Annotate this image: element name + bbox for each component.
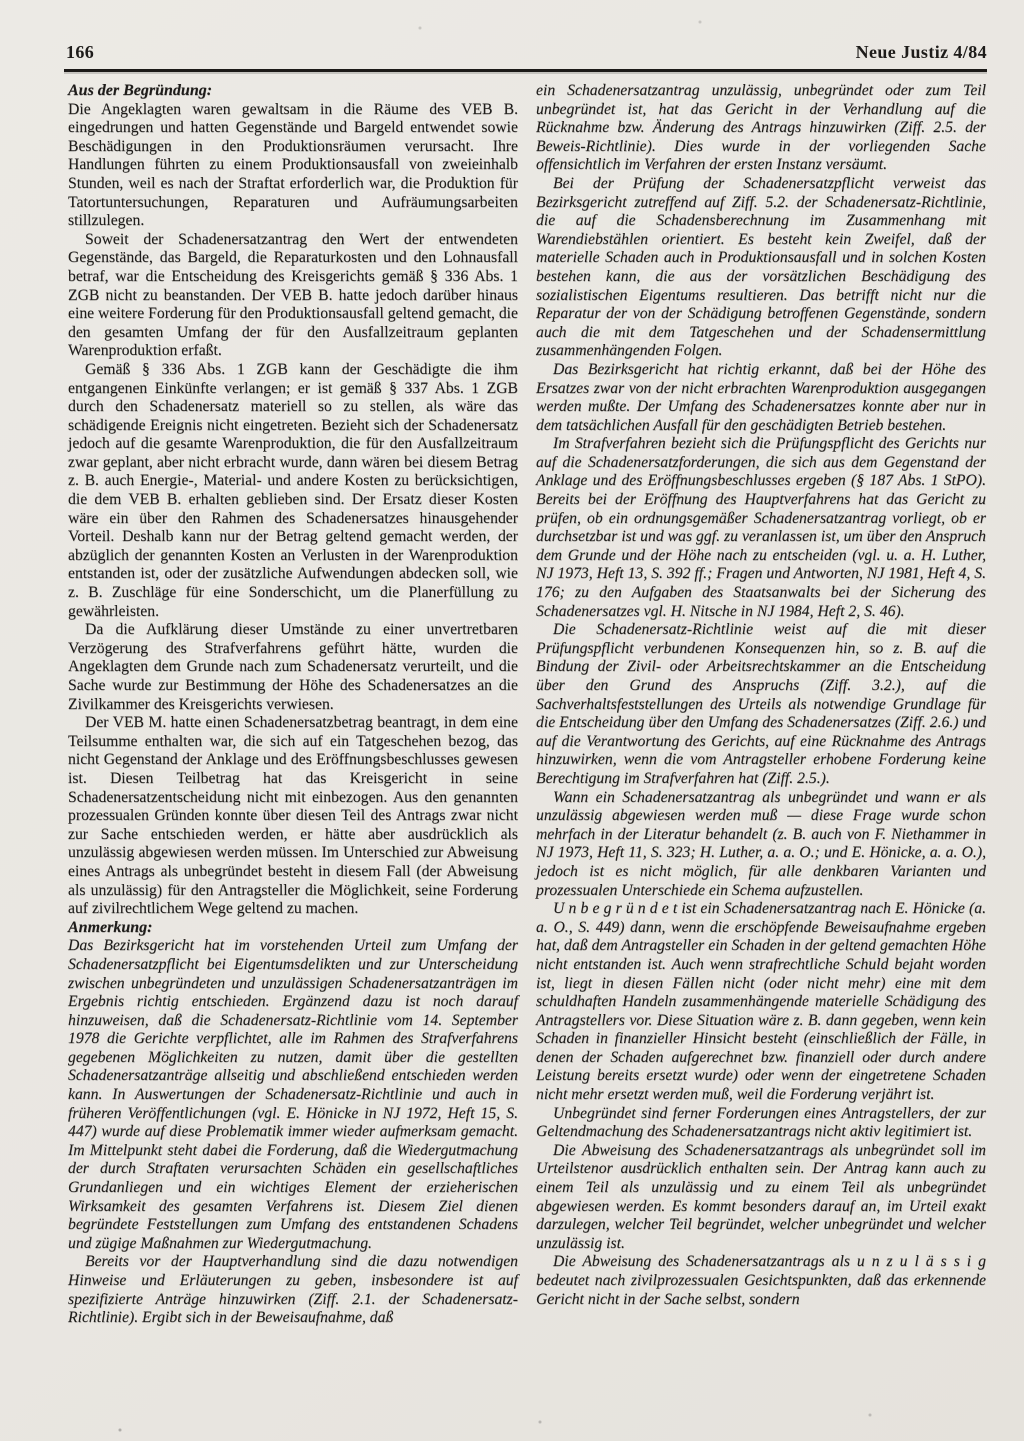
section-heading-anmerkung: Anmerkung: [68,919,518,938]
paragraph: Im Strafverfahren bezieht sich die Prüfu… [536,435,986,621]
paragraph: Der VEB M. hatte einen Schadenersatzbetr… [68,714,518,919]
paragraph: Die Schadenersatz-Richtlinie weist auf d… [536,621,986,788]
journal-title: Neue Justiz 4/84 [856,42,987,63]
right-column: ein Schadenersatzantrag unzulässig, unbe… [536,82,986,1328]
header-rule [64,69,987,72]
text-columns: Aus der Begründung: Die Angeklagten ware… [68,82,986,1328]
paragraph: Gemäß § 336 Abs. 1 ZGB kann der Geschädi… [68,361,518,621]
paragraph: Wann ein Schadenersatzantrag als unbegrü… [536,789,986,901]
paragraph: Die Abweisung des Schadenersatzantrags a… [536,1253,986,1309]
paragraph: Da die Aufklärung dieser Umstände zu ein… [68,621,518,714]
paragraph: Soweit der Schadenersatzantrag den Wert … [68,231,518,361]
paragraph: Bei der Prüfung der Schadenersatzpflicht… [536,175,986,361]
paragraph: Das Bezirksgericht hat richtig erkannt, … [536,361,986,435]
page-number: 166 [66,42,94,63]
paragraph: Die Angeklagten waren gewaltsam in die R… [68,101,518,231]
paragraph: Die Abweisung des Schadenersatzantrags a… [536,1142,986,1254]
paragraph: ein Schadenersatzantrag unzulässig, unbe… [536,82,986,175]
paragraph: U n b e g r ü n d e t ist ein Schadeners… [536,900,986,1105]
running-head: 166 Neue Justiz 4/84 [66,42,987,63]
section-heading-begruendung: Aus der Begründung: [68,82,518,101]
left-column: Aus der Begründung: Die Angeklagten ware… [68,82,518,1328]
paragraph: Unbegründet sind ferner Forderungen eine… [536,1105,986,1142]
paragraph: Das Bezirksgericht hat im vorstehenden U… [68,937,518,1253]
journal-page: 166 Neue Justiz 4/84 Aus der Begründung:… [0,0,1024,1441]
paragraph: Bereits vor der Hauptverhandlung sind di… [68,1253,518,1327]
